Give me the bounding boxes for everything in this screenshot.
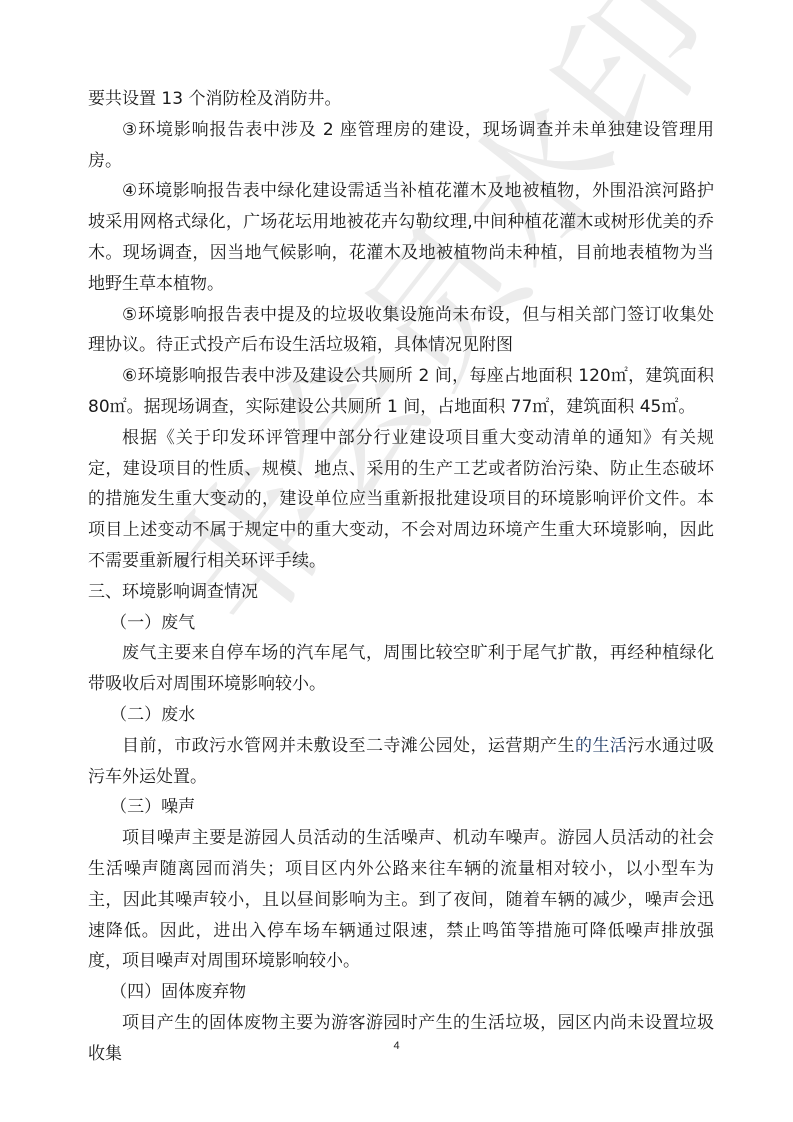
paragraph-item-3-management-rooms: ③环境影响报告表中涉及 2 座管理房的建设，现场调查并未单独建设管理用房。 <box>88 115 714 177</box>
wastewater-text-before: 目前，市政污水管网并未敷设至二寺滩公园处，运营期产生 <box>122 736 575 756</box>
subsection-heading-wastewater: （二）废水 <box>88 700 714 731</box>
wastewater-text-highlight: 的生活 <box>575 736 627 756</box>
paragraph-item-5-garbage-facilities: ⑤环境影响报告表中提及的垃圾收集设施尚未布设，但与相关部门签订收集处理协议。待正… <box>88 300 714 362</box>
paragraph-fire-hydrants: 要共设置 13 个消防栓及消防井。 <box>88 84 714 115</box>
paragraph-noise: 项目噪声主要是游园人员活动的生活噪声、机动车噪声。游园人员活动的社会生活噪声随离… <box>88 823 714 977</box>
page-number: 4 <box>0 1040 793 1052</box>
subsection-heading-solid-waste: （四）固体废弃物 <box>88 977 714 1008</box>
paragraph-wastewater: 目前，市政污水管网并未敷设至二寺滩公园处，运营期产生的生活污水通过吸污车外运处置… <box>88 731 714 793</box>
subsection-heading-noise: （三）噪声 <box>88 792 714 823</box>
paragraph-major-change-regulation: 根据《关于印发环评管理中部分行业建设项目重大变动清单的通知》有关规定，建设项目的… <box>88 423 714 577</box>
paragraph-item-4-greening: ④环境影响报告表中绿化建设需适当补植花灌木及地被植物，外围沿滨河路护坡采用网格式… <box>88 176 714 299</box>
subsection-heading-exhaust-gas: （一）废气 <box>88 608 714 639</box>
paragraph-solid-waste: 项目产生的固体废物主要为游客游园时产生的生活垃圾，园区内尚未设置垃圾收集 <box>88 1008 714 1070</box>
paragraph-item-6-public-toilets: ⑥环境影响报告表中涉及建设公共厕所 2 间，每座占地面积 120㎡，建筑面积 8… <box>88 361 714 423</box>
paragraph-exhaust-gas: 废气主要来自停车场的汽车尾气，周围比较空旷利于尾气扩散，再经种植绿化带吸收后对周… <box>88 638 714 700</box>
section-heading-environmental-survey: 三、环境影响调查情况 <box>88 577 714 608</box>
document-body: 要共设置 13 个消防栓及消防井。 ③环境影响报告表中涉及 2 座管理房的建设，… <box>88 84 714 1070</box>
document-page: 非会员水印 要共设置 13 个消防栓及消防井。 ③环境影响报告表中涉及 2 座管… <box>0 0 793 1122</box>
